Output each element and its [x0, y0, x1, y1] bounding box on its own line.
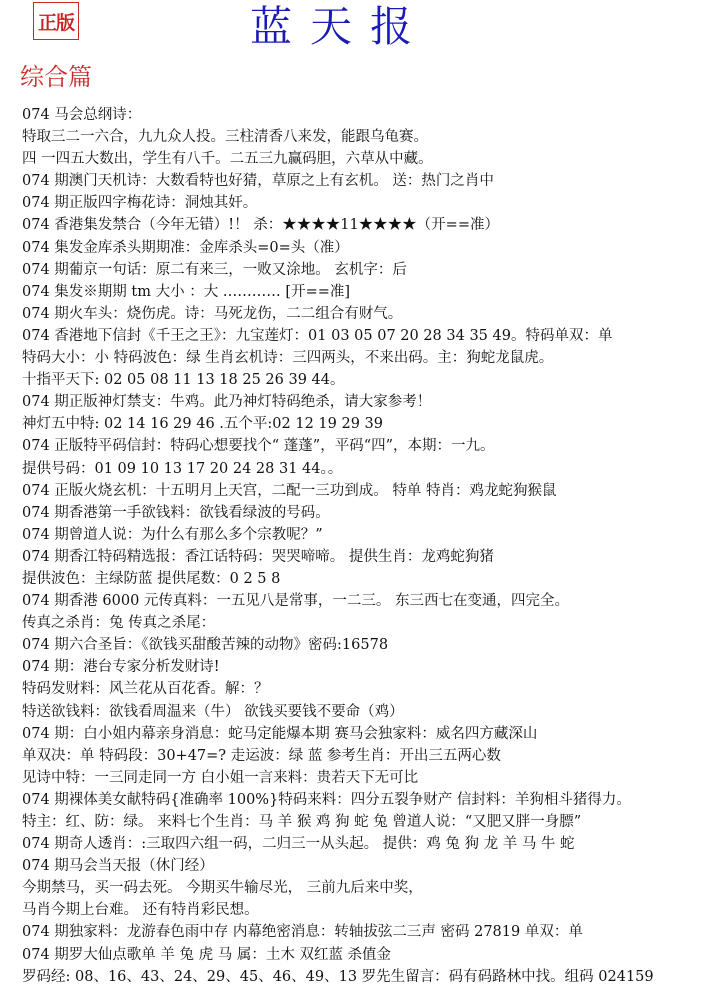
text-line: 074 期香港 6000 元传真料：一五见八是常事，一二三。 东三西七在变通，四… [22, 590, 702, 612]
text-line: 074 期澳门天机诗：大数看特也好猜，草原之上有玄机。 送：热门之肖中 [22, 170, 702, 192]
text-line: 罗码经: 08、16、43、24、29、45、46、49、13 罗先生留言：码有… [22, 966, 702, 988]
page-title: 蓝天报 [250, 2, 430, 52]
text-line: 074 香港集发禁合（今年无错）!！ 杀：★★★★11★★★★（开==准） [22, 214, 702, 236]
text-line: 074 期火车头：烧伤虎。诗：马死龙伤，二二组合有财气。 [22, 303, 702, 325]
text-line: 提供号码：01 09 10 13 17 20 24 28 31 44。。 [22, 458, 702, 480]
text-line: 074 正版火烧玄机：十五明月上天宫，二配一三功到成。 特单 特肖：鸡龙蛇狗猴鼠 [22, 480, 702, 502]
text-line: 特主：红、防：绿。 来料七个生肖：马 羊 猴 鸡 狗 蛇 兔 曾道人说：“又肥又… [22, 811, 702, 833]
text-line: 074 期：白小姐内幕亲身消息：蛇马定能爆本期 赛马会独家料：威名四方藏深山 [22, 723, 702, 745]
text-line: 074 马会总纲诗： [22, 104, 702, 126]
section-heading: 综合篇 [20, 60, 92, 94]
text-line: 074 期：港台专家分析发财诗! [22, 656, 702, 678]
text-line: 特取三二一六合，九九众人投。三柱清香八来发，能跟乌龟赛。 [22, 126, 702, 148]
text-line: 074 正版特平码信封：特码心想要找个“ 蓬蓬”，平码“四”，本期：一九。 [22, 435, 702, 457]
text-line: 见诗中特：一三同走同一方 白小姐一言来料：贵若天下无可比 [22, 767, 702, 789]
text-line: 074 期正版四字梅花诗：洞烛其奸。 [22, 192, 702, 214]
text-line: 特码发财料：风兰花从百花香。解：？ [22, 678, 702, 700]
text-line: 四 一四五大数出，学生有八千。二五三九赢码胆，六草从中藏。 [22, 148, 702, 170]
text-line: 074 期葡京一句话：原二有来三，一败又涂地。 玄机字：后 [22, 259, 702, 281]
text-line: 提供波色：主绿防蓝 提供尾数：0 2 5 8 [22, 568, 702, 590]
text-line: 传真之杀肖：兔 传真之杀尾： [22, 612, 702, 634]
text-line: 074 期六合圣旨：《欲钱买甜酸苦辣的动物》密码:16578 [22, 634, 702, 656]
text-line: 074 期曾道人说：为什么有那么多个宗教呢？” [22, 524, 702, 546]
text-line: 特送欲钱料：欲钱看周温来（牛） 欲钱买要钱不要命（鸡） [22, 701, 702, 723]
text-line: 074 期裸体美女献特码{准确率 100%}特码来料：四分五裂争财产 信封料：羊… [22, 789, 702, 811]
text-line: 074 期马会当天报（休门经） [22, 855, 702, 877]
text-line: 074 期独家料：龙游春色雨中存 内幕绝密消息：转轴拔弦二三声 密码 27819… [22, 921, 702, 943]
text-line: 074 期香港第一手欲钱料：欲钱看绿波的号码。 [22, 502, 702, 524]
text-line: 神灯五中特: 02 14 16 29 46 .五个平:02 12 19 29 3… [22, 413, 702, 435]
official-edition-badge: 正版 [33, 2, 79, 40]
text-line: 十指平天下: 02 05 08 11 13 18 25 26 39 44。 [22, 369, 702, 391]
text-line: 074 期香江特码精选报：香江话特码：哭哭啼啼。 提供生肖：龙鸡蛇狗猪 [22, 546, 702, 568]
text-line: 074 期正版神灯禁支：牛鸡。此乃神灯特码绝杀，请大家参考！ [22, 391, 702, 413]
text-line: 马肖今期上台难。 还有特肖彩民想。 [22, 899, 702, 921]
article-body: 074 马会总纲诗： 特取三二一六合，九九众人投。三柱清香八来发，能跟乌龟赛。 … [22, 104, 702, 988]
text-line: 074 香港地下信封《千王之王》：九宝莲灯：01 03 05 07 20 28 … [22, 325, 702, 347]
text-line: 074 集发金库杀头期期准：金库杀头=0=头（准） [22, 237, 702, 259]
text-line: 单双决：单 特码段：30+47=? 走运波：绿 蓝 参考生肖：开出三五两心数 [22, 745, 702, 767]
text-line: 074 集发※期期 tm 大小 ：大 ………… [开==准] [22, 281, 702, 303]
text-line: 今期禁马，买一码去死。 今期买牛输尽光， 三前九后来中奖， [22, 877, 702, 899]
text-line: 特码大小：小 特码波色：绿 生肖玄机诗：三四两头，不来出码。主：狗蛇龙鼠虎。 [22, 347, 702, 369]
text-line: 074 期奇人透肖：:三取四六组一码，二归三一从头起。 提供：鸡 兔 狗 龙 羊… [22, 833, 702, 855]
text-line: 074 期罗大仙点歌单 羊 兔 虎 马 属：土木 双红蓝 杀值金 [22, 944, 702, 966]
